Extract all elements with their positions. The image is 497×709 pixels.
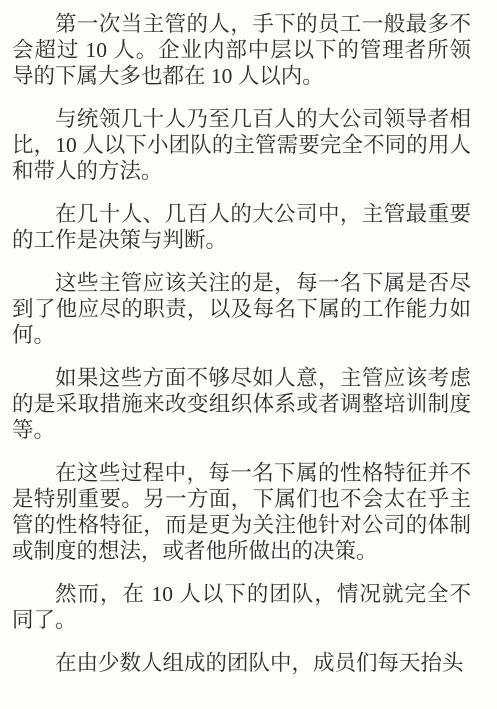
paragraph-6: 在这些过程中，每一名下属的性格特征并不是特别重要。另一方面，下属们也不会太在乎主…: [12, 460, 471, 564]
paragraph-1: 第一次当主管的人，手下的员工一般最多不会超过 10 人。企业内部中层以下的管理者…: [12, 11, 471, 89]
paragraph-3: 在几十人、几百人的大公司中，主管最重要的工作是决策与判断。: [12, 201, 471, 253]
paragraph-5: 如果这些方面不够尽如人意，主管应该考虑的是采取措施来改变组织体系或者调整培训制度…: [12, 365, 471, 443]
paragraph-2: 与统领几十人乃至几百人的大公司领导者相比，10 人以下小团队的主管需要完全不同的…: [12, 106, 471, 184]
paragraph-8: 在由少数人组成的团队中，成员们每天抬头: [12, 650, 471, 676]
book-page: 第一次当主管的人，手下的员工一般最多不会超过 10 人。企业内部中层以下的管理者…: [0, 0, 497, 709]
paragraph-7: 然而，在 10 人以下的团队，情况就完全不同了。: [12, 581, 471, 633]
paragraph-4: 这些主管应该关注的是，每一名下属是否尽到了他应尽的职责，以及每名下属的工作能力如…: [12, 270, 471, 348]
